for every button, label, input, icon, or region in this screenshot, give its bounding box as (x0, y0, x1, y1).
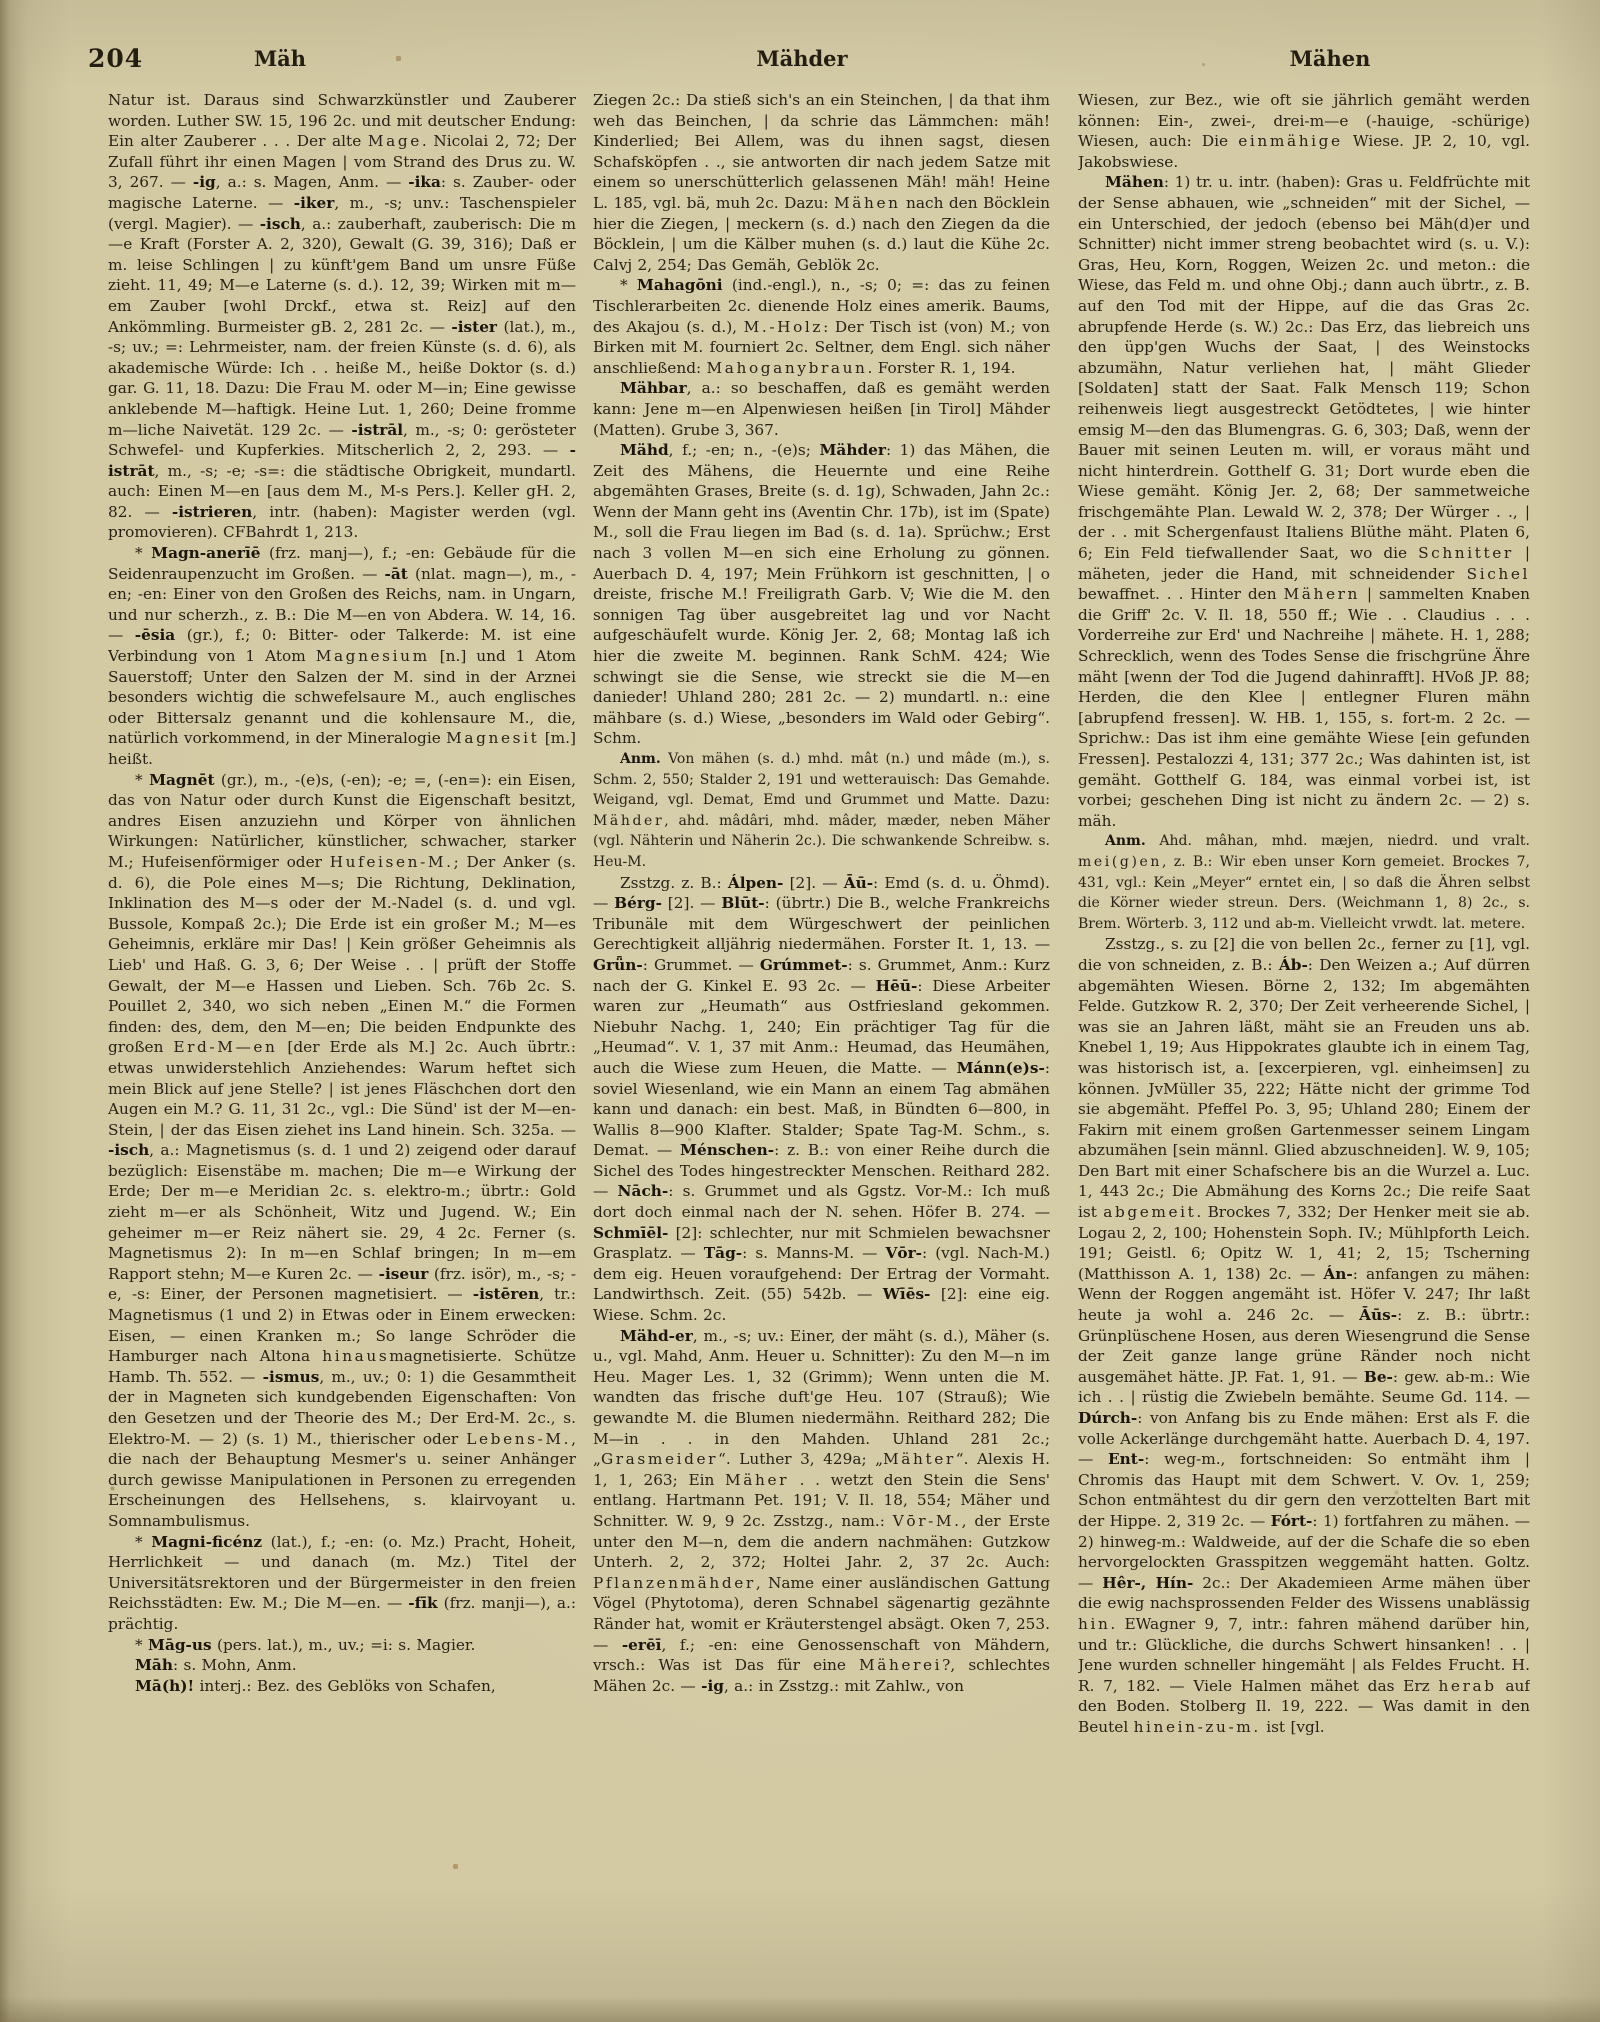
emphasized-text: mei(g)en (1078, 854, 1162, 870)
entry-text: ist [vgl. (1261, 1718, 1325, 1736)
entry-text: , a.: s. Magen, Anm. — (216, 173, 408, 191)
entry-text: : Grummet. — (643, 956, 760, 974)
headword: Án- (1323, 1265, 1352, 1283)
page-bottom-edge-shadow (0, 1996, 1600, 2022)
headword: Magni-ficénz (151, 1533, 262, 1551)
headword: Ent- (1108, 1450, 1144, 1468)
headword: Māg-us (148, 1636, 212, 1654)
headword: Bérg- (614, 894, 662, 912)
emphasized-text: Mage (368, 132, 422, 150)
entry-paragraph: Zsstzg., s. zu [2] die von bellen 2c., f… (1078, 934, 1530, 1737)
entry-text: * (620, 276, 637, 294)
emphasized-text: hin (1078, 1615, 1110, 1633)
emphasized-text: Mäherei (859, 1656, 942, 1674)
headword: -ēsia (135, 626, 175, 644)
headword: Hēū- (876, 977, 918, 995)
entry-paragraph: * Māg-us (pers. lat.), m., uv.; =i: s. M… (108, 1635, 576, 1656)
headword: -ika (408, 173, 441, 191)
headword: Dúrch- (1078, 1409, 1137, 1427)
headword: Anm. (620, 751, 661, 767)
emphasized-text: herab (1438, 1677, 1496, 1695)
headword: -iker (294, 194, 335, 212)
entry-paragraph: Anm. Von mähen (s. d.) mhd. mât (n.) und… (593, 749, 1050, 873)
headword: Magnēt (149, 771, 214, 789)
emphasized-text: M.-Holz (744, 318, 823, 336)
entry-paragraph: Māh: s. Mohn, Anm. (108, 1655, 576, 1676)
entry-text: : s. Manns-M. — (742, 1244, 885, 1262)
entry-text: “. Luther 3, 429a; „ (718, 1450, 883, 1468)
emphasized-text: Mähen (834, 194, 901, 212)
entry-paragraph: Ziegen 2c.: Da stieß sich's an ein Stein… (593, 90, 1050, 275)
emphasized-text: Erd-M—en (173, 1038, 277, 1056)
headword: Magn-anerīē (151, 544, 260, 562)
headword: Mahagōni (637, 276, 723, 294)
entry-text: . Forster R. 1, 194. (868, 359, 1016, 377)
emphasized-text: Sichel (1467, 565, 1530, 583)
entry-text: , f.; -en; n., -(e)s; (669, 441, 820, 459)
headword: -ister (451, 318, 497, 336)
headword: Wīēs- (883, 1285, 931, 1303)
emphasized-text: Mäher (725, 1471, 789, 1489)
emphasized-text: Pflanzenmähder (593, 1574, 756, 1592)
headword: Mähd-er (620, 1327, 693, 1345)
emphasized-text: Vōr-M. (893, 1512, 962, 1530)
headword: -fīk (408, 1594, 437, 1612)
emphasized-text: Schnitter (1418, 544, 1514, 562)
entry-text: [2]. — (662, 894, 721, 912)
headword: -ig (701, 1677, 724, 1695)
entry-text: : 1) tr. u. intr. (haben): Gras u. Feldf… (1078, 173, 1530, 562)
emphasized-text: Magnesium (316, 647, 430, 665)
paper-specks (0, 0, 1, 1)
emphasized-text: Grasmeider (601, 1450, 718, 1468)
headword: Mähd (620, 441, 669, 459)
entry-text: : s. Mohn, Anm. (173, 1656, 297, 1674)
emphasized-text: Mähter (883, 1450, 956, 1468)
headword: -iseur (379, 1265, 429, 1283)
headword: Grúmmet- (760, 956, 848, 974)
headword: Māh (135, 1656, 173, 1674)
headword: -istēren (473, 1285, 539, 1303)
entry-paragraph: Mähd-er, m., -s; uv.: Einer, der mäht (s… (593, 1326, 1050, 1697)
headword: -isch (108, 1141, 149, 1159)
entry-paragraph: Natur ist. Daraus sind Schwarzkünstler u… (108, 90, 576, 543)
headword: Be- (1364, 1368, 1393, 1386)
headword: Mähbar (620, 379, 687, 397)
headword: Anm. (1105, 833, 1146, 849)
entry-paragraph: Mähbar, a.: so beschaffen, daß es gemäht… (593, 378, 1050, 440)
headword: Mā(h)! (135, 1677, 194, 1695)
emphasized-text: hinein-zu-m. (1134, 1718, 1261, 1736)
page-left-edge-shadow (0, 0, 70, 2022)
headword: Āū- (844, 874, 873, 892)
entry-paragraph: Mā(h)! interj.: Bez. des Geblöks von Sch… (108, 1676, 576, 1697)
entry-text: * (135, 1636, 148, 1654)
headword: Nāch- (618, 1182, 669, 1200)
entry-paragraph: Wiesen, zur Bez., wie oft sie jährlich g… (1078, 90, 1530, 172)
entry-text: : Den Weizen a.; Auf dürren abgemähten W… (1078, 956, 1530, 1221)
entry-text: * (135, 1533, 151, 1551)
text-column-right: Wiesen, zur Bez., wie oft sie jährlich g… (1078, 90, 1530, 1890)
entry-text: : 1) das Mähen, die Zeit des Mähens, die… (593, 441, 1050, 747)
emphasized-text: einmähige (1238, 132, 1342, 150)
headword: Ménschen- (680, 1141, 774, 1159)
entry-text: , a.: in Zsstzg.: mit Zahlw., von (724, 1677, 964, 1695)
emphasized-text: Magnesit (446, 729, 539, 747)
entry-paragraph: Zsstzg. z. B.: Álpen- [2]. — Āū-: Emd (s… (593, 873, 1050, 1326)
text-column-middle: Ziegen 2c.: Da stieß sich's an ein Stein… (593, 90, 1050, 1890)
entry-text: , m., -s; uv.: Einer, der mäht (s. d.), … (593, 1327, 1050, 1469)
entry-paragraph: * Magnēt (gr.), m., -(e)s, (-en); -e; =,… (108, 770, 576, 1532)
headword: Fórt- (1271, 1512, 1313, 1530)
headword: Mähder (819, 441, 885, 459)
headword: Álpen- (728, 874, 784, 892)
entry-text: * (135, 544, 151, 562)
entry-text: bewaffnet. . . Hinter den (1078, 585, 1284, 603)
headword: Schmīēl- (593, 1224, 668, 1242)
headword: -ig (193, 173, 216, 191)
emphasized-text: hinaus (322, 1347, 389, 1365)
page-number: 204 (88, 44, 143, 73)
headword: Tāg- (704, 1244, 742, 1262)
entry-text: * (135, 771, 149, 789)
emphasized-text: Mähder (593, 813, 664, 829)
entry-paragraph: Anm. Ahd. mâhan, mhd. mæjen, niedrd. und… (1078, 831, 1530, 934)
entry-text: [2]. — (783, 874, 843, 892)
emphasized-text: Lebens-M. (466, 1430, 571, 1448)
headword: -ismus (263, 1368, 320, 1386)
headword: -āt (385, 565, 408, 583)
headword: -istrieren (172, 503, 252, 521)
headword: Mähen (1105, 173, 1164, 191)
headword: -erēī (622, 1636, 662, 1654)
headword: Áb- (1279, 956, 1308, 974)
entry-text: Ahd. mâhan, mhd. mæjen, niedrd. und vral… (1146, 833, 1530, 849)
headword: Mánn(e)s- (957, 1059, 1045, 1077)
emphasized-text: Hufeisen-M. (330, 853, 454, 871)
entry-paragraph: * Magni-ficénz (lat.), f.; -en: (o. Mz.)… (108, 1532, 576, 1635)
entry-text: Von mähen (s. d.) mhd. mât (n.) und mâde… (593, 751, 1050, 808)
headword: Hêr-, Hín- (1102, 1574, 1193, 1592)
emphasized-text: abgemeit (1103, 1203, 1196, 1221)
headword: Vōr- (886, 1244, 922, 1262)
headword: -istrāl (351, 421, 403, 439)
entry-paragraph: Mähen: 1) tr. u. intr. (haben): Gras u. … (1078, 172, 1530, 831)
running-title-col1: Mäh (150, 46, 410, 71)
entry-text: (pers. lat.), m., uv.; =i: s. Magier. (212, 1636, 476, 1654)
headword: Grǖn- (593, 956, 643, 974)
headword: Āūs- (1359, 1306, 1397, 1324)
entry-paragraph: * Magn-anerīē (frz. manj—), f.; -en: Geb… (108, 543, 576, 770)
entry-text: , a.: Magnetismus (s. d. 1 und 2) zeigen… (108, 1141, 576, 1283)
running-title-col2: Mähder (672, 46, 932, 71)
emphasized-text: Mahoganybraun (707, 359, 868, 377)
entry-text: | sammelten Knaben die Griff' 2c. V. Il.… (1078, 585, 1530, 830)
emphasized-text: Mähern (1284, 585, 1360, 603)
entry-text: ; Der Anker (s. d. 6), die Pole eines M—… (108, 853, 576, 1056)
entry-paragraph: Mähd, f.; -en; n., -(e)s; Mähder: 1) das… (593, 440, 1050, 749)
entry-text: interj.: Bez. des Geblöks von Schafen, (194, 1677, 496, 1695)
entry-text: Zsstzg. z. B.: (620, 874, 728, 892)
text-column-left: Natur ist. Daraus sind Schwarzkünstler u… (108, 90, 576, 1890)
headword: Blūt- (721, 894, 764, 912)
headword: -isch (260, 215, 301, 233)
running-title-col3: Mähen (1200, 46, 1460, 71)
running-header: 204 Mäh Mähder Mähen (0, 44, 1600, 84)
entry-paragraph: * Mahagōni (ind.-engl.), n., -s; 0; =: d… (593, 275, 1050, 378)
